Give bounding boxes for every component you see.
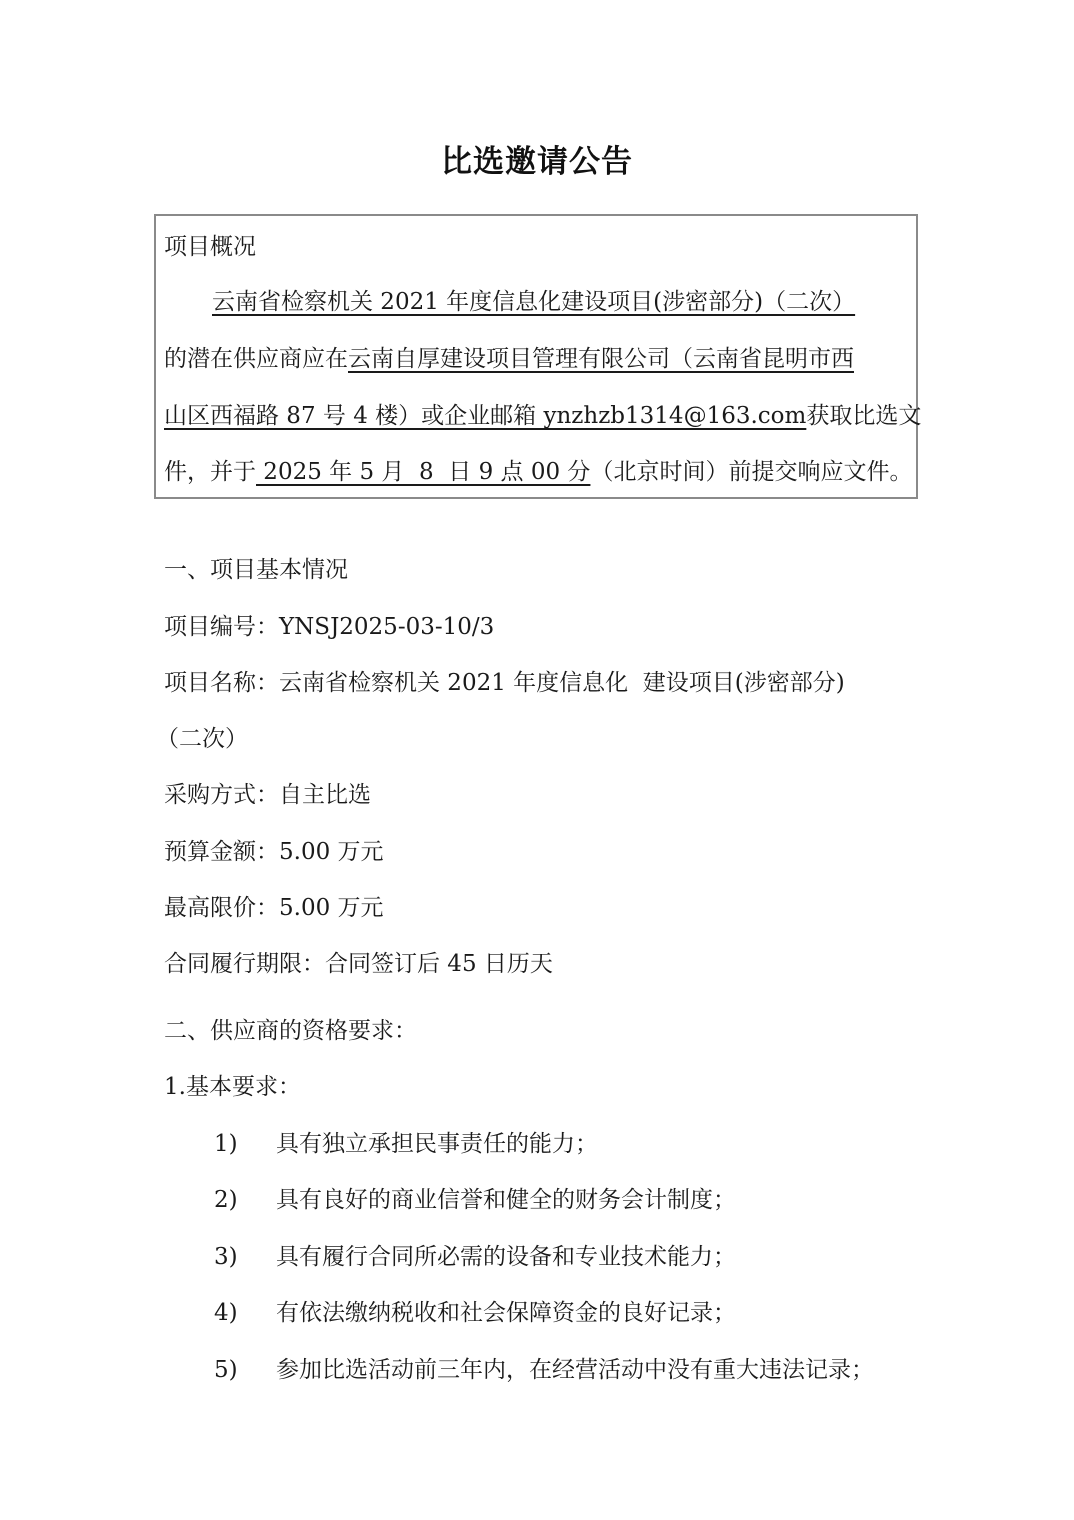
requirement-number: 4): [214, 1298, 238, 1328]
project-number: 项目编号：YNSJ2025-03-10/3: [164, 612, 494, 642]
requirement-text: 具有良好的商业信誉和健全的财务会计制度；: [276, 1185, 736, 1215]
procurement-method: 采购方式：自主比选: [164, 780, 371, 810]
section-1-heading: 一、项目基本情况: [164, 555, 348, 585]
project-name: 项目名称：云南省检察机关 2021 年度信息化 建设项目(涉密部分): [164, 668, 845, 698]
requirement-number: 2): [214, 1185, 238, 1215]
requirement-text: 有依法缴纳税收和社会保障资金的良好记录；: [276, 1298, 736, 1328]
requirement-text: 参加比选活动前三年内，在经营活动中没有重大违法记录；: [276, 1355, 874, 1385]
overview-project-title: 云南省检察机关 2021 年度信息化建设项目(涉密部分)（二次）: [212, 287, 855, 317]
contract-period: 合同履行期限：合同签订后 45 日历天: [164, 949, 553, 979]
project-name-continued: （二次）: [156, 724, 248, 754]
requirement-text: 具有独立承担民事责任的能力；: [276, 1129, 598, 1159]
overview-line-3-suffix: 获取比选文: [806, 403, 921, 429]
max-price: 最高限价：5.00 万元: [164, 893, 384, 923]
requirement-number: 5): [214, 1355, 238, 1385]
agency-address-email: 山区西福路 87 号 4 楼）或企业邮箱 ynzhzb1314@163.com: [164, 403, 806, 429]
requirement-number: 1): [214, 1129, 238, 1159]
submission-deadline: 2025 年 5 月 8 日 9 点 00 分: [256, 459, 590, 485]
requirement-text: 具有履行合同所必需的设备和专业技术能力；: [276, 1242, 736, 1272]
section-2-heading: 二、供应商的资格要求：: [164, 1016, 417, 1046]
basic-requirements-heading: 1.基本要求：: [164, 1072, 301, 1102]
overview-line-2: 的潜在供应商应在云南自厚建设项目管理有限公司（云南省昆明市西: [164, 344, 854, 374]
requirement-number: 3): [214, 1242, 238, 1272]
overview-line-4: 件，并于 2025 年 5 月 8 日 9 点 00 分（北京时间）前提交响应文…: [164, 457, 912, 487]
budget-amount: 预算金额：5.00 万元: [164, 837, 384, 867]
overview-line-3: 山区西福路 87 号 4 楼）或企业邮箱 ynzhzb1314@163.com获…: [164, 401, 921, 431]
overview-line-2-prefix: 的潜在供应商应在: [164, 346, 348, 372]
overview-line-4-suffix: （北京时间）前提交响应文件。: [590, 459, 912, 485]
document-title: 比选邀请公告: [0, 136, 1074, 181]
overview-line-4-prefix: 件，并于: [164, 459, 256, 485]
agency-name: 云南自厚建设项目管理有限公司（云南省昆明市西: [348, 346, 854, 372]
overview-heading: 项目概况: [164, 232, 256, 262]
